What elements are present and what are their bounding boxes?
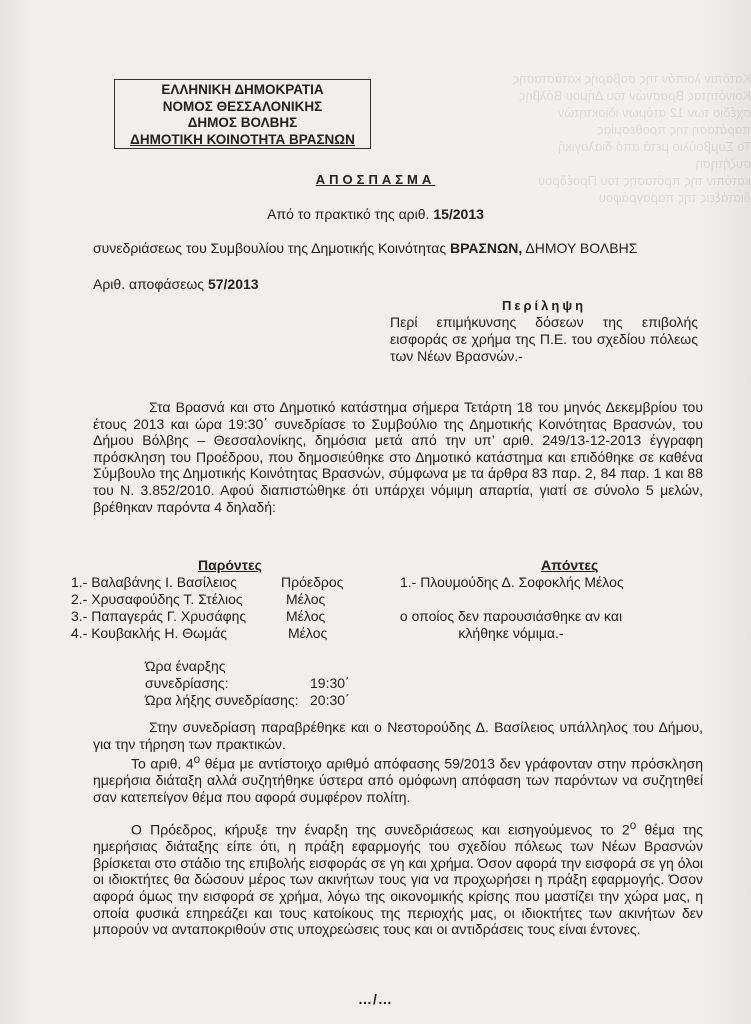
summary-block: Περίληψη Περί επιμήκυνσης δόσεων της επι… [390, 297, 698, 365]
present-member: 3.- Παπαγεράς Γ. Χρυσάφης [71, 608, 246, 625]
present-role: Μέλος [288, 625, 327, 642]
present-member: 4.- Κουβακλής Η. Θωμάς [71, 625, 227, 642]
session-times: Ώρα έναρξης συνεδρίασης:19:30΄ Ώρα λήξης… [145, 658, 350, 709]
paragraph-urgent-topic: Το αριθ. 4ο θέμα με αντίστοιχο αριθμό απ… [93, 752, 703, 805]
present-member: 2.- Χρυσαφούδης Τ. Στέλιος [71, 591, 243, 608]
present-heading: Παρόντες [198, 557, 262, 574]
document-page: Κατόπιν λοιπόν της σοβαρής κατάστασης Κο… [0, 0, 751, 1024]
community-name: ΒΡΑΣΝΩΝ, [450, 240, 522, 256]
absent-member: 1.- Πλουμούδης Δ. Σοφοκλής Μέλος [400, 574, 624, 591]
present-member: 1.- Βαλαβάνης Ι. Βασίλειος [71, 574, 237, 591]
letterhead-line: ΝΟΜΟΣ ΘΕΣΣΑΛΟΝΙΚΗΣ [115, 99, 370, 116]
letterhead-line: ΔΗΜΟΤΙΚΗ ΚΟΙΝΟΤΗΤΑ ΒΡΑΣΝΩΝ [115, 132, 370, 149]
document-title: ΑΠΟΣΠΑΣΜΑ [0, 172, 751, 187]
absent-note: κλήθηκε νόμιμα.- [391, 625, 631, 642]
minutes-reference: Από το πρακτικό της αριθ. 15/2013 [0, 206, 751, 222]
paragraph-meeting-details: Στα Βρασνά και στο Δημοτικό κατάστημα σή… [93, 399, 703, 515]
letterhead-line: ΕΛΛΗΝΙΚΗ ΔΗΜΟΚΡΑΤΙΑ [115, 82, 370, 99]
decision-number: Αριθ. αποφάσεως 57/2013 [93, 276, 259, 292]
start-time: Ώρα έναρξης συνεδρίασης:19:30΄ [145, 658, 350, 692]
letterhead-box: ΕΛΛΗΝΙΚΗ ΔΗΜΟΚΡΑΤΙΑ ΝΟΜΟΣ ΘΕΣΣΑΛΟΝΙΚΗΣ Δ… [114, 79, 371, 149]
present-role: Πρόεδρος [281, 574, 343, 591]
summary-body: Περί επιμήκυνσης δόσεων της επιβολής εισ… [390, 314, 698, 365]
paragraph-secretary: Στην συνεδρίαση παραβρέθηκε και ο Νεστορ… [93, 719, 703, 752]
absent-heading: Απόντες [541, 557, 598, 574]
continuation-marker: …/… [0, 991, 751, 1007]
present-role: Μέλος [286, 608, 325, 625]
letterhead-line: ΔΗΜΟΣ ΒΟΛΒΗΣ [115, 115, 370, 132]
summary-heading: Περίληψη [390, 297, 698, 314]
paragraph-president-introduction: Ο Πρόεδρος, κήρυξε την έναρξη της συνεδρ… [93, 818, 703, 938]
session-line: συνεδριάσεως του Συμβουλίου της Δημοτική… [93, 240, 703, 257]
end-time: Ώρα λήξης συνεδρίασης:20:30΄ [145, 692, 350, 709]
absent-note: ο οποίος δεν παρουσιάσθηκε αν και [391, 608, 631, 625]
minutes-number: 15/2013 [433, 206, 484, 222]
present-role: Μέλος [286, 591, 325, 608]
